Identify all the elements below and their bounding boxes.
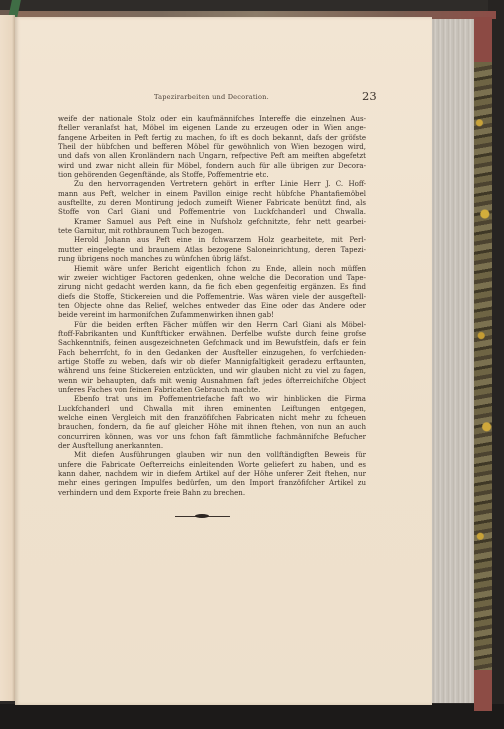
text-line: ausftellte, zu deren Montirung jedoch zu… xyxy=(58,198,366,207)
text-line: unferes Faches von feinen Fabricaten Geb… xyxy=(58,385,366,394)
text-line: mann aus Peft, welcher in einem Pavillon… xyxy=(58,189,366,198)
text-line: tion gehörenden Gegenftände, als Stoffe,… xyxy=(58,170,366,179)
text-line: Sachkenntnifs, feinen ausgezeichneten Ge… xyxy=(58,338,366,347)
text-line: Für die beiden erften Fächer müffen wir … xyxy=(58,320,366,329)
text-line: mutter eingelegte und braunem Atlas bezo… xyxy=(58,245,366,254)
text-line: Theil der hübfchen und befferen Möbel fü… xyxy=(58,142,366,151)
page-block-edges xyxy=(432,19,474,703)
text-line: kann daher, nachdem wir in diefem Artike… xyxy=(58,469,366,478)
section-end-ornament xyxy=(175,513,230,519)
text-line: Zu den hervorragenden Vertretern gehört … xyxy=(58,179,366,188)
ornament-center xyxy=(195,514,209,518)
text-line: und dafs von allen Kronländern nach Unga… xyxy=(58,151,366,160)
text-line: wir zweier wichtiger Factoren gedenken, … xyxy=(58,273,366,282)
marbled-paper-cover xyxy=(474,62,492,670)
text-line: fangene Arbeiten in Peft fertig zu mache… xyxy=(58,133,366,142)
text-line: mehr eines geringen Impulfes bedürfen, u… xyxy=(58,478,366,487)
text-line: tete Garnitur, mit rothbraunem Tuch bezo… xyxy=(58,226,366,235)
text-line: Stoffe von Carl Giani und Poffementrie v… xyxy=(58,207,366,216)
text-line: Kramer Samuel aus Peft eine in Nufsholz … xyxy=(58,217,366,226)
facing-page-edge xyxy=(0,15,15,701)
text-line: concurriren können, was vor uns fchon fa… xyxy=(58,432,366,441)
text-line: fteller veranlafst hat, Möbel im eigenen… xyxy=(58,123,366,132)
book-cover-right xyxy=(474,17,492,711)
text-line: Herold Johann aus Peft eine in fchwarzem… xyxy=(58,235,366,244)
text-line: ftoff-Fabrikanten und Kunftfticker erwäh… xyxy=(58,329,366,338)
text-line: weife der nationale Stolz oder ein kaufm… xyxy=(58,114,366,123)
text-line: wird und zwar nicht allein für Möbel, fo… xyxy=(58,161,366,170)
body-text: weife der nationale Stolz oder ein kaufm… xyxy=(58,114,366,497)
running-title: Tapezirarbeiten und Decoration. xyxy=(154,93,269,101)
text-line: Luckfchanderl und Chwalla mit ihren emin… xyxy=(58,404,366,413)
text-line: artige Stoffe zu weben, dafs wir ob dief… xyxy=(58,357,366,366)
page-number: 23 xyxy=(362,89,377,103)
background-bottom xyxy=(0,704,504,729)
text-line: Mit diefen Ausführungen glauben wir nun … xyxy=(58,450,366,459)
leather-corner-bottom xyxy=(474,670,492,711)
text-line: wenn wir behaupten, dafs mit wenig Ausna… xyxy=(58,376,366,385)
text-line: der Ausftellung anerkannten. xyxy=(58,441,366,450)
text-line: zirung nicht gedacht werden kann, da fie… xyxy=(58,282,366,291)
leather-corner-top xyxy=(474,17,492,62)
text-line: unfere die Fabricate Oefterreichs einlei… xyxy=(58,460,366,469)
text-line: ten Objecte ohne das Relief, welches ent… xyxy=(58,301,366,310)
page-header: Tapezirarbeiten und Decoration. 23 xyxy=(42,89,358,105)
text-line: Ebenfo trat uns im Poffementriefache faf… xyxy=(58,394,366,403)
text-line: brauchen, fondern, da fie auf gleicher H… xyxy=(58,422,366,431)
text-line: Hiemit wäre unfer Bericht eigentlich fch… xyxy=(58,264,366,273)
text-line: während uns feine Stickereien entzückten… xyxy=(58,366,366,375)
text-line: Fach beherrfcht, fo in den Gedanken der … xyxy=(58,348,366,357)
text-line: verhindern und dem Exporte freie Bahn zu… xyxy=(58,488,366,497)
text-line: welche einen Vergleich mit den franzöfif… xyxy=(58,413,366,422)
text-line: rung übrigens noch manches zu wünfchen ü… xyxy=(58,254,366,263)
text-line: diefs die Stoffe, Stickereien und die Po… xyxy=(58,292,366,301)
text-line: beide vereint im harmonifchen Zufammenwi… xyxy=(58,310,366,319)
